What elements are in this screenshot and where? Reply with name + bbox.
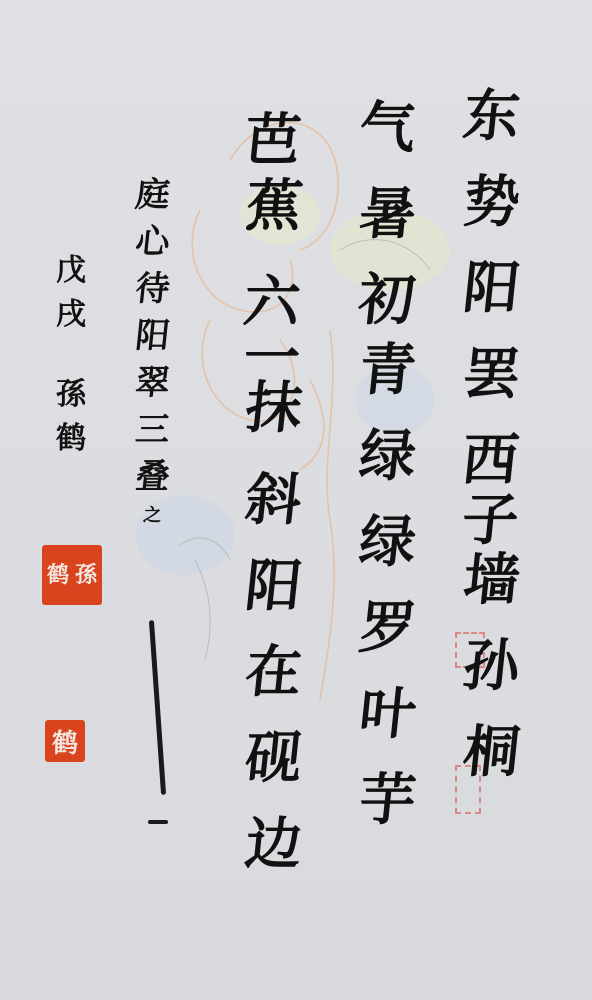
poem-char: 罢 xyxy=(457,346,522,432)
poem-char: 抹 xyxy=(239,380,305,472)
inscription-char: 待 xyxy=(133,272,172,319)
seal-char: 鹤 xyxy=(52,723,78,760)
name-char: 孫 xyxy=(56,380,86,424)
signature-name: 孫 鹤 xyxy=(56,380,86,468)
poem-char: 一 xyxy=(241,330,302,380)
poem-char: 绿 xyxy=(353,428,418,514)
inscription-char: 阳 xyxy=(133,319,172,366)
poem-char: 边 xyxy=(239,816,304,902)
poem-char: 斜 xyxy=(239,472,304,558)
artist-name-seal: 鹤 孫 xyxy=(42,545,102,605)
poem-char: 六 xyxy=(241,274,303,330)
poem-char: 气 xyxy=(353,100,418,186)
poem-char: 子 xyxy=(459,492,521,552)
poem-char: 势 xyxy=(457,174,522,260)
inscription-char: 翠 xyxy=(133,366,172,413)
poem-column-1: 东 势 阳 罢 西 子 墙 孙 桐 xyxy=(462,88,518,810)
inscription-char: 庭 xyxy=(133,178,172,225)
poem-char: 绿 xyxy=(353,514,418,600)
poem-char: 孙 xyxy=(457,638,522,724)
poem-char: 西 xyxy=(459,432,521,492)
poem-column-2: 气 暑 初 青 绿 绿 罗 叶 芋 xyxy=(358,100,414,858)
poem-char: 阳 xyxy=(457,260,522,346)
poem-char: 芭 xyxy=(241,112,304,178)
inscription-char: 叠 xyxy=(133,460,172,507)
seal-char: 鹤 xyxy=(44,564,72,586)
poem-char: 砚 xyxy=(239,730,304,816)
poem-char: 东 xyxy=(457,88,522,174)
poem-char: 阳 xyxy=(239,558,304,644)
poem-char: 叶 xyxy=(353,686,418,772)
poem-char: 青 xyxy=(353,342,418,428)
inscription-char: 三 xyxy=(133,413,172,460)
poem-char: 暑 xyxy=(353,186,418,272)
inscription-char: 心 xyxy=(133,225,172,272)
date-char: 戊 xyxy=(56,256,86,300)
poem-char: 罗 xyxy=(353,600,418,686)
poem-char: 在 xyxy=(239,644,304,730)
poem-char: 蕉 xyxy=(239,178,305,274)
inscription-column: 庭 心 待 阳 翠 三 叠 之 xyxy=(135,178,169,531)
poem-char: 初 xyxy=(354,272,417,342)
inscription-char: 之 xyxy=(142,507,163,531)
date-char: 戌 xyxy=(56,300,86,344)
poem-char: 墙 xyxy=(457,552,522,638)
poem-column-3: 芭 蕉 六 一 抹 斜 阳 在 砚 边 xyxy=(244,112,300,902)
name-char: 鹤 xyxy=(56,424,86,468)
artist-small-seal: 鹤 xyxy=(45,720,85,762)
seal-char: 孫 xyxy=(72,564,100,586)
signature-date: 戊 戌 xyxy=(56,256,86,344)
inscription-tail-mark xyxy=(148,820,168,824)
poem-char: 芋 xyxy=(353,772,418,858)
poem-char: 桐 xyxy=(457,724,522,810)
